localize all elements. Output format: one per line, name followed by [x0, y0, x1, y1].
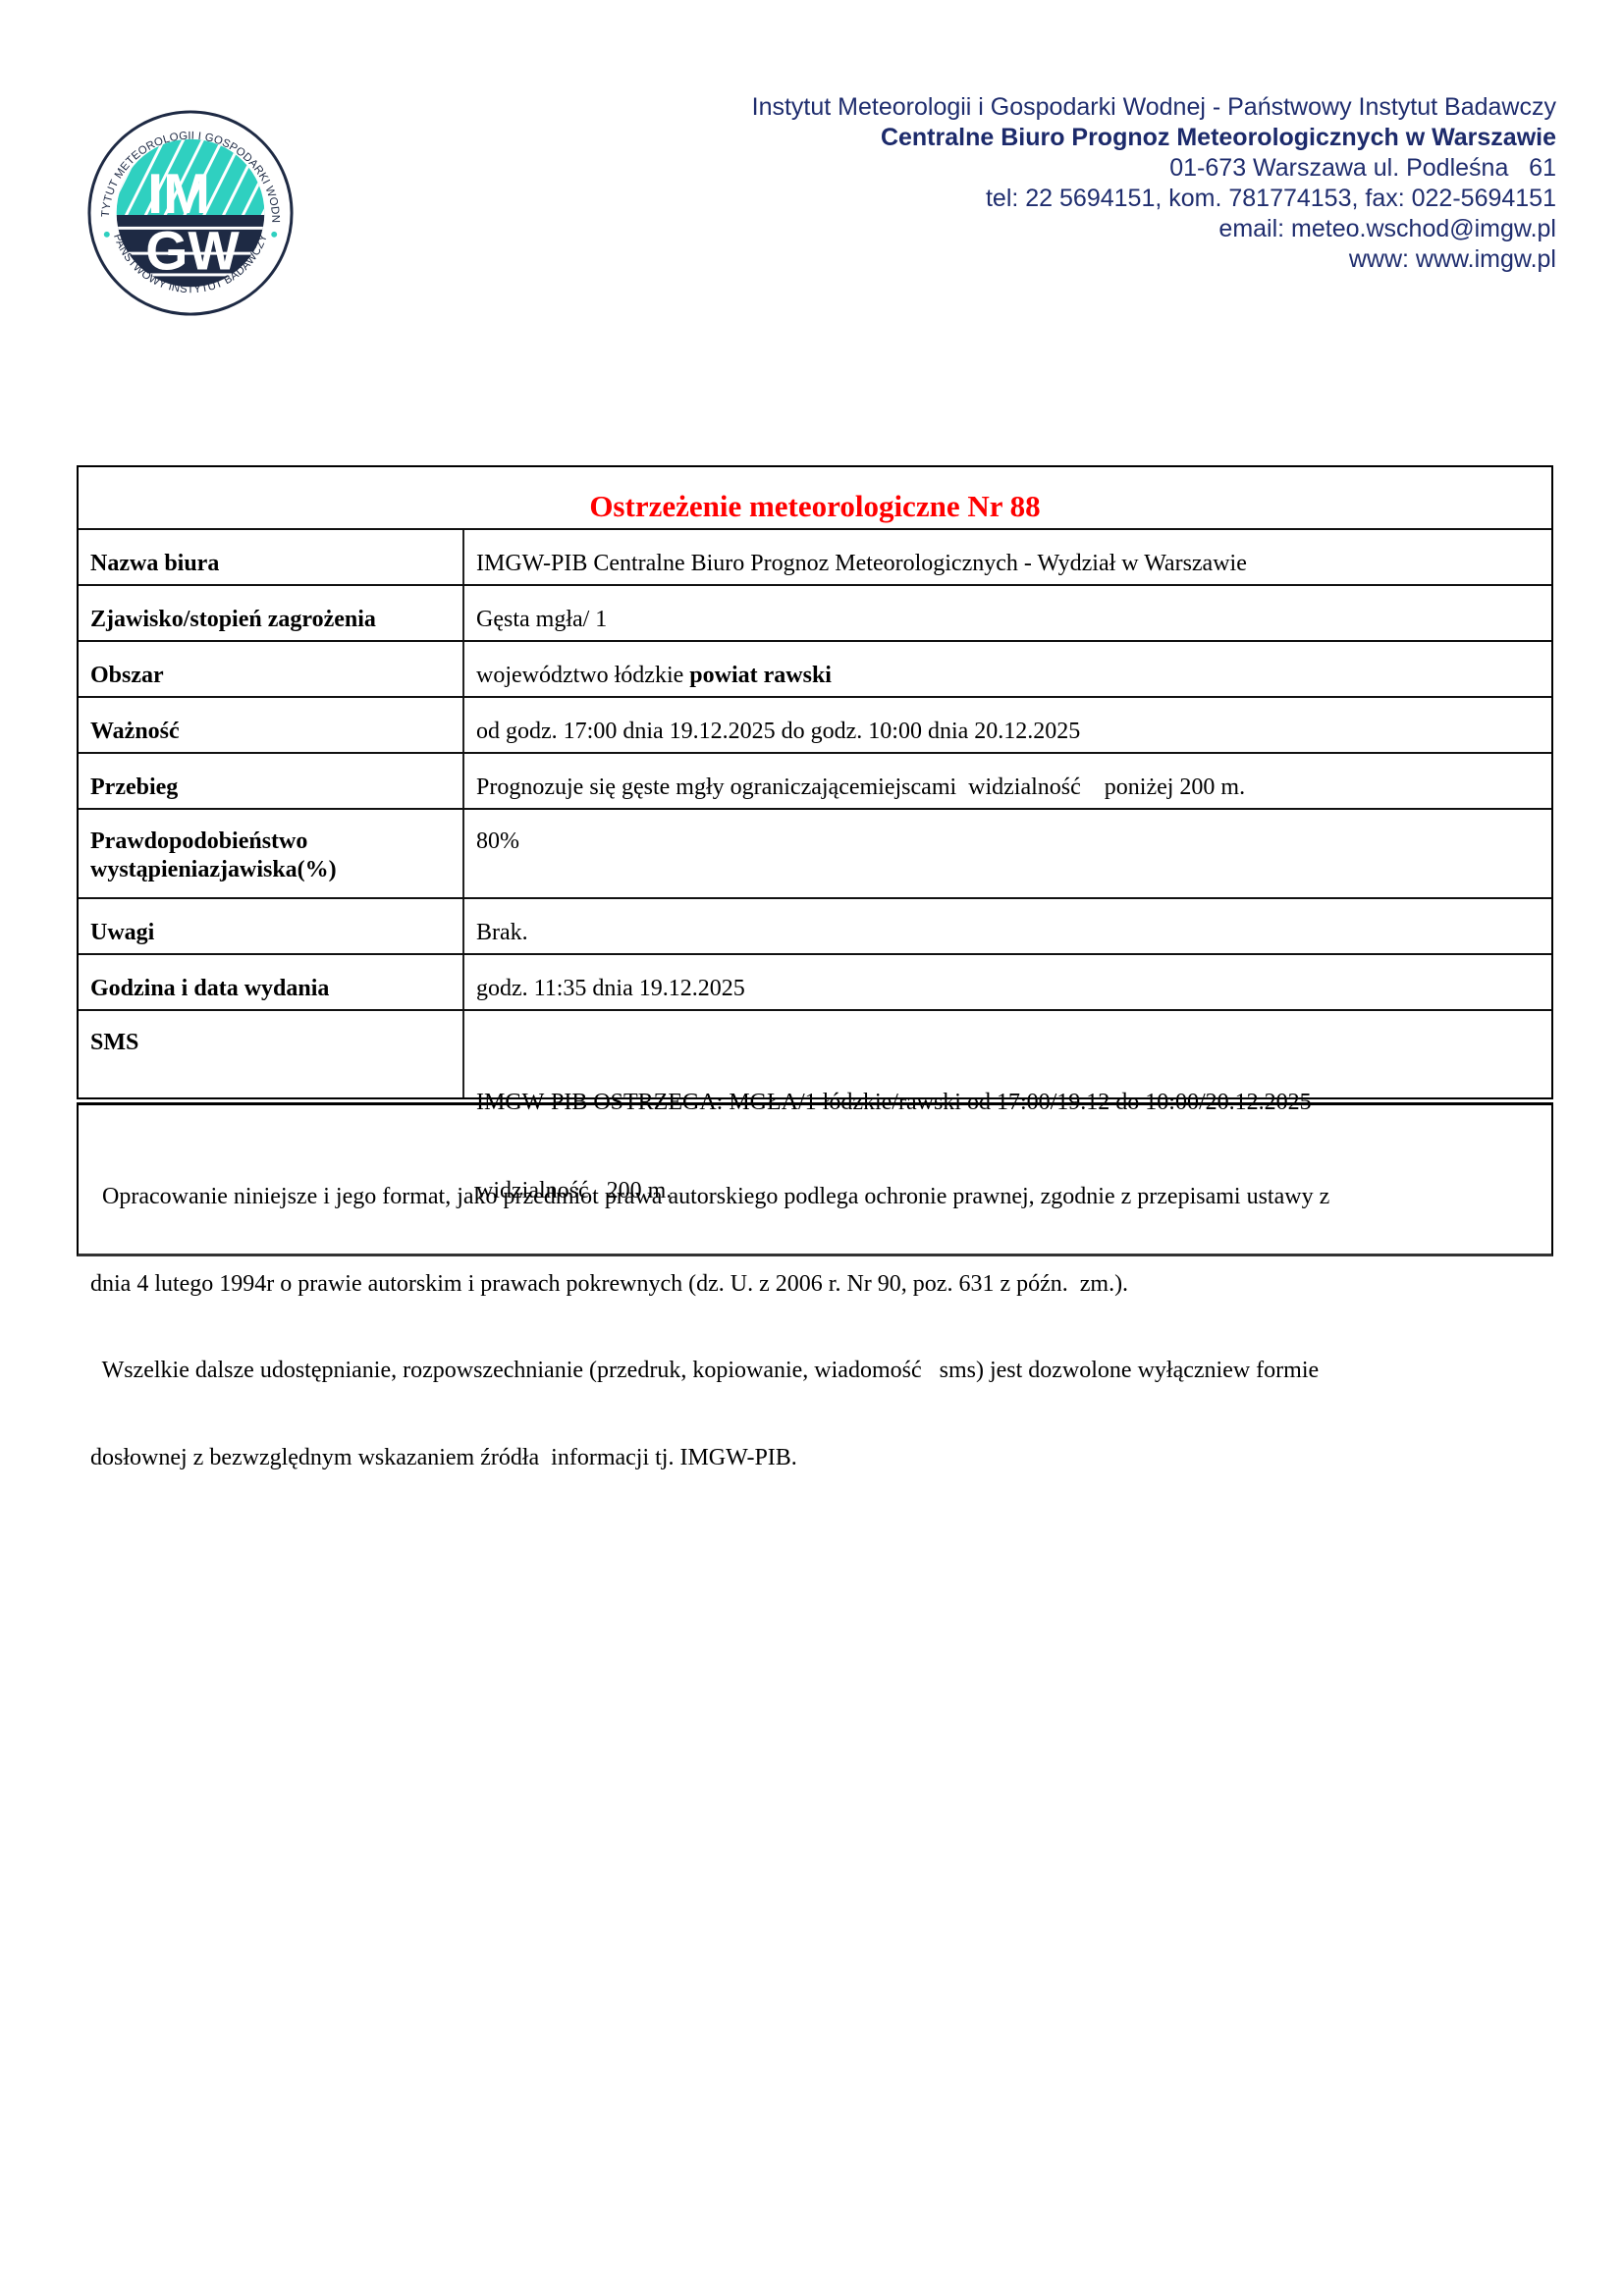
warning-title: Ostrzeżenie meteorologiczne Nr 88: [589, 489, 1040, 524]
address: 01-673 Warszawa ul. Podleśna 61: [574, 153, 1556, 184]
probability-label-line1: Prawdopodobieństwo: [90, 828, 451, 856]
row-label-validity: Ważność: [79, 698, 464, 752]
table-row: Prawdopodobieństwo wystąpieniazjawiska(%…: [79, 810, 1551, 899]
row-label-course: Przebieg: [79, 754, 464, 808]
row-label-remarks: Uwagi: [79, 899, 464, 953]
svg-text:GW: GW: [145, 220, 240, 281]
table-row: Uwagi Brak.: [79, 899, 1551, 955]
area-region: województwo łódzkie: [476, 663, 689, 688]
row-value-remarks: Brak.: [464, 899, 1551, 953]
institute-name: Instytut Meteorologii i Gospodarki Wodne…: [574, 92, 1556, 123]
website: www: www.imgw.pl: [574, 244, 1556, 275]
copyright-notice: Opracowanie niniejsze i jego format, jak…: [77, 1102, 1553, 1256]
copyright-line-4: dosłownej z bezwzględnym wskazaniem źród…: [90, 1444, 1540, 1473]
bureau-name: Centralne Biuro Prognoz Meteorologicznyc…: [574, 123, 1556, 153]
copyright-line-2: dnia 4 lutego 1994r o prawie autorskim i…: [90, 1270, 1540, 1300]
row-value-area: województwo łódzkie powiat rawski: [464, 642, 1551, 696]
row-label-sms: SMS: [79, 1011, 464, 1097]
institute-header: Instytut Meteorologii i Gospodarki Wodne…: [574, 92, 1556, 275]
area-county: powiat rawski: [689, 663, 832, 688]
warning-table: Ostrzeżenie meteorologiczne Nr 88 Nazwa …: [77, 465, 1553, 1099]
table-row: Zjawisko/stopień zagrożenia Gęsta mgła/ …: [79, 586, 1551, 642]
probability-label-line2: wystąpieniazjawiska(%): [90, 856, 451, 884]
email: email: meteo.wschod@imgw.pl: [574, 214, 1556, 244]
row-value-office: IMGW-PIB Centralne Biuro Prognoz Meteoro…: [464, 530, 1551, 584]
copyright-line-1: Opracowanie niniejsze i jego format, jak…: [90, 1183, 1540, 1212]
phone: tel: 22 5694151, kom. 781774153, fax: 02…: [574, 184, 1556, 214]
row-value-validity: od godz. 17:00 dnia 19.12.2025 do godz. …: [464, 698, 1551, 752]
row-value-probability: 80%: [464, 810, 1551, 897]
table-row: SMS IMGW-PIB OSTRZEGA: MGŁA/1 łódzkie/ra…: [79, 1011, 1551, 1097]
row-value-phenomenon: Gęsta mgła/ 1: [464, 586, 1551, 640]
row-value-sms: IMGW-PIB OSTRZEGA: MGŁA/1 łódzkie/rawski…: [464, 1011, 1551, 1097]
row-value-course: Prognozuje się gęste mgły ograniczającem…: [464, 754, 1551, 808]
imgw-logo-icon: IM GW INSTYTUT METEOROLOGII I GOSPODARKI…: [83, 106, 298, 320]
warning-title-row: Ostrzeżenie meteorologiczne Nr 88: [79, 467, 1551, 530]
row-label-phenomenon: Zjawisko/stopień zagrożenia: [79, 586, 464, 640]
row-label-issued: Godzina i data wydania: [79, 955, 464, 1009]
table-row: Ważność od godz. 17:00 dnia 19.12.2025 d…: [79, 698, 1551, 754]
table-row: Godzina i data wydania godz. 11:35 dnia …: [79, 955, 1551, 1011]
table-row: Obszar województwo łódzkie powiat rawski: [79, 642, 1551, 698]
svg-text:IM: IM: [147, 163, 210, 226]
row-value-issued: godz. 11:35 dnia 19.12.2025: [464, 955, 1551, 1009]
row-label-probability: Prawdopodobieństwo wystąpieniazjawiska(%…: [79, 810, 464, 897]
copyright-line-3: Wszelkie dalsze udostępnianie, rozpowsze…: [90, 1357, 1540, 1386]
table-row: Nazwa biura IMGW-PIB Centralne Biuro Pro…: [79, 530, 1551, 586]
imgw-logo: IM GW INSTYTUT METEOROLOGII I GOSPODARKI…: [83, 106, 298, 320]
table-row: Przebieg Prognozuje się gęste mgły ogran…: [79, 754, 1551, 810]
row-label-area: Obszar: [79, 642, 464, 696]
row-label-office: Nazwa biura: [79, 530, 464, 584]
